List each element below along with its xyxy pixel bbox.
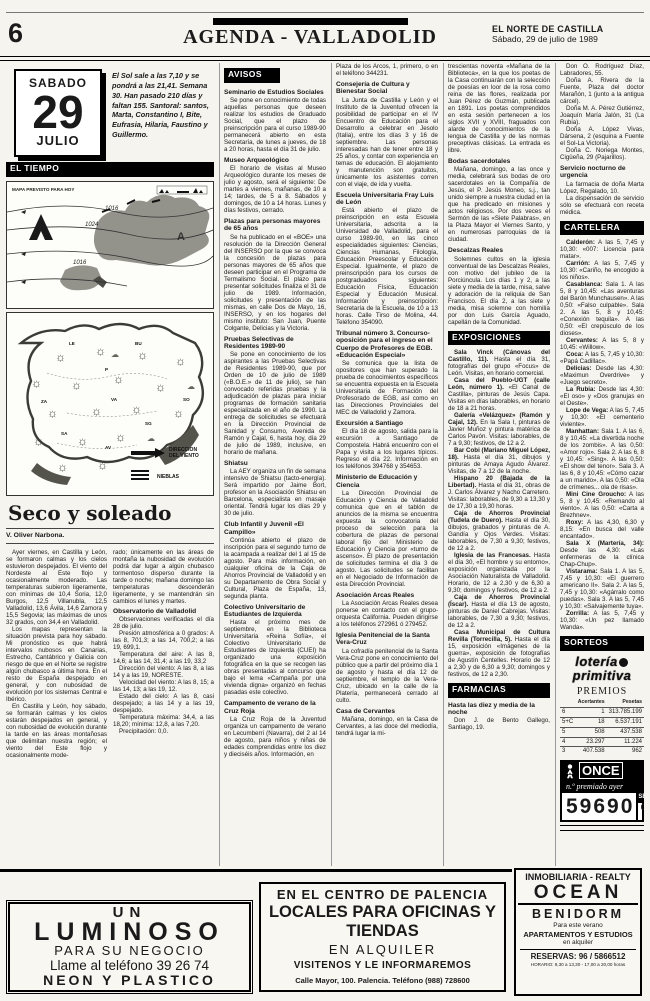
- night-service-heading: Servicio nocturno de urgencia: [560, 165, 644, 180]
- cinema-info: Desde las 4,30: «Las enfermeras de la cl…: [560, 547, 644, 568]
- aviso-body: La cofradía penitencial de la Santa Vera…: [336, 648, 438, 704]
- premios-amount: 962: [607, 747, 644, 756]
- santoral-text: El Sol sale a las 7,10 y se pondrá a las…: [112, 65, 214, 157]
- observatory-line: Estado del cielo: A las 8, casi despejad…: [113, 693, 214, 714]
- aviso-heading: Plazas para personas mayores de 65 años: [224, 218, 326, 233]
- article-body: Ayer viernes, en Castilla y León, se for…: [6, 549, 214, 759]
- svg-text:☼: ☼: [175, 354, 186, 368]
- farmacias-when: Hasta las diez y media de la noche: [448, 702, 550, 717]
- once-person-icon: [565, 764, 576, 779]
- ad-line: PARA SU NEGOCIO: [10, 944, 249, 958]
- aviso-continuation: Plaza de los Arcos, 1, primero, o en el …: [336, 63, 438, 77]
- aviso-heading: Ministerio de Educación y Ciencia: [336, 474, 438, 489]
- premios-amount: 11.224: [607, 737, 644, 747]
- observatory-line: Velocidad del viento: A las 8, 15; a las…: [113, 679, 214, 693]
- primitiva-logo-word2: primitiva: [573, 668, 632, 683]
- calendar-day-number: 29: [32, 90, 83, 134]
- column-avisos-2: Plaza de los Arcos, 1, primero, o en el …: [331, 63, 438, 866]
- aviso-heading: Escuela Universitaria Fray Luis de León: [336, 192, 438, 207]
- province-label-sg: SG: [145, 421, 152, 426]
- once-result-box: ONCE n.º premiado ayer 59690 SERIE 053: [560, 760, 644, 822]
- premios-amount: 313.785.199: [607, 708, 644, 718]
- premios-category: 4: [560, 737, 576, 747]
- cinema-name: Delicias:: [566, 365, 591, 372]
- premios-title: PREMIOS: [560, 686, 644, 697]
- aviso-heading: Pruebas Selectivas de Residentes 1989-90: [224, 336, 326, 351]
- aviso-body: Continúa abierto el plazo de inscripción…: [224, 537, 326, 600]
- premios-category: 6: [560, 708, 576, 718]
- cinema-entry: Roxy: A las 4,30, 6,30 y 8,15: «En busca…: [560, 519, 644, 540]
- cinema-entry: Manhattan: Sala 1. A las 6, 8 y 10,45: «…: [560, 428, 644, 491]
- article-paragraph: Los mapas representan la situación previ…: [6, 626, 107, 703]
- lottery-ball-icon: [619, 658, 628, 667]
- night-service-line: La dispensación de servicio sólo se efec…: [560, 195, 644, 216]
- svg-text:☼: ☼: [173, 406, 184, 420]
- aviso-body: Mañana, domingo, en la Casa de Cervantes…: [336, 716, 438, 737]
- ad-luminoso: UN LUMINOSO PARA SU NEGOCIO Llame al tel…: [8, 902, 251, 992]
- premios-category: 3: [560, 747, 576, 756]
- cinema-name: Mini Cine Groucho:: [566, 491, 626, 498]
- aviso-body: La Dirección Provincial de Educación y C…: [336, 490, 438, 588]
- svg-text:☼: ☼: [71, 378, 82, 392]
- once-serie-block: SERIE 053: [636, 793, 644, 820]
- svg-text:☼: ☼: [95, 344, 106, 358]
- ad-line: LOCALES PARA OFICINAS Y TIENDAS: [261, 903, 504, 941]
- svg-text:☁: ☁: [111, 350, 119, 359]
- aviso-continuation: trescientas noventa «Mañana de la Biblio…: [448, 63, 550, 154]
- cinema-entry: Coca: A las 5, 7,45 y 10,30: «Papá Cadil…: [560, 351, 644, 365]
- once-logo: ONCE: [562, 762, 642, 781]
- expo-info: Hasta el día 15, exposición «Imágenes de…: [448, 636, 550, 678]
- once-winning-number: 59690: [562, 793, 636, 820]
- svg-text:☼: ☼: [31, 376, 42, 390]
- cinema-entry: Calderón: A las 5, 7,45 y 10,30: «007: L…: [560, 239, 644, 260]
- double-rule: [560, 825, 644, 831]
- cinema-name: Casablanca:: [566, 281, 602, 288]
- cinema-entry: Carrión: A las 5, 7,45 y 10,30: «Cariño,…: [560, 260, 644, 281]
- aviso-heading: Museo Arqueológico: [224, 157, 326, 164]
- aviso-body: La AEY organiza un fin de semana intensi…: [224, 468, 326, 517]
- premios-category: 5: [560, 727, 576, 737]
- aviso-heading: Consejería de Cultura y Bienestar Social: [336, 81, 438, 96]
- cinema-entry: Casablanca: Sala 1. A las 5, 8 y 10,45: …: [560, 281, 644, 337]
- aviso-heading: Seminario de Estudios Sociales: [224, 89, 326, 96]
- cinema-name: Zorrilla:: [566, 610, 589, 617]
- aviso-body: Solemnes cultos en la iglesia conventual…: [448, 256, 550, 326]
- premios-col-acertantes: Acertantes: [576, 699, 607, 707]
- once-serie-number: 053: [638, 802, 644, 812]
- ad-address: Calle Mayor, 100. Palencia. Teléfono (98…: [261, 974, 504, 987]
- ad-line: EN ALQUILER: [261, 941, 504, 958]
- once-name: ONCE: [579, 762, 623, 779]
- cinema-name: Vistarama:: [566, 568, 598, 575]
- expo-entry: Sala Vinck (Cánovas del Castillo, 11). H…: [448, 349, 550, 377]
- column-cartelera: Don O. Rodríguez Díaz, Labradores, 55. D…: [555, 63, 644, 866]
- aviso-heading: Iglesia Penitencial de la Santa Vera-Cru…: [336, 632, 438, 647]
- article-column-b: rado; únicamente en las áreas de montaña…: [113, 549, 214, 759]
- premios-row: 3407.538962: [560, 747, 644, 756]
- premios-table: Acertantes Pesetas 61313.785.199 5+C186.…: [560, 699, 644, 756]
- main-columns: SABADO 29 JULIO El Sol sale a las 7,10 y…: [6, 63, 644, 866]
- ad-ocean-benidorm: INMOBILIARIA - REALTY OCEAN BENIDORM Par…: [514, 868, 642, 996]
- premios-row: 423.29711.224: [560, 737, 644, 747]
- premios-winners: 508: [576, 727, 607, 737]
- svg-text:☼: ☼: [77, 434, 88, 448]
- expo-info: Hasta el día 31, dibujos y pinturas de A…: [448, 454, 550, 475]
- cinema-name: Sala X (Martería, 34):: [566, 540, 644, 547]
- article-paragraph: Ayer viernes, en Castilla y León, se for…: [6, 549, 107, 626]
- farmacias-banner: FARMACIAS: [448, 683, 550, 698]
- cinema-name: Cervantes:: [566, 337, 598, 344]
- article-headline: Seco y soleado: [8, 502, 214, 525]
- cinema-entry: Cervantes: A las 5, 8 y 10,45: «Willow».: [560, 337, 644, 351]
- svg-text:☼: ☼: [131, 402, 142, 416]
- cinema-name: Manhattan:: [566, 428, 599, 435]
- svg-text:☼: ☼: [115, 430, 126, 444]
- calendar-box: SABADO 29 JULIO: [14, 69, 102, 157]
- primitiva-logo-word1: lotería: [575, 654, 618, 669]
- aviso-heading: Tribunal número 3. Concurso-oposición pa…: [336, 330, 438, 359]
- premios-amount: 437.538: [607, 727, 644, 737]
- premios-category: 5+C: [560, 718, 576, 728]
- region-forecast-map: ☼☼☼☼ ☼☼☼☼ ☼☼☼☼ ☼☼☼ ☼☼ ☁☁☁ LE BU P SO: [6, 312, 214, 496]
- cinema-entry: Vistarama: Sala 1. A las 5, 7,45 y 10,30…: [560, 568, 644, 610]
- title-bar: [213, 18, 408, 25]
- ad-locales-palencia: EN EL CENTRO DE PALENCIA LOCALES PARA OF…: [259, 882, 506, 992]
- svg-text:☼: ☼: [47, 406, 58, 420]
- ad-line: NEON Y PLASTICO: [10, 973, 249, 988]
- svg-text:☼: ☼: [97, 458, 108, 472]
- header-rule: [0, 56, 650, 61]
- cinema-name: Coca:: [566, 351, 583, 358]
- pharmacy-entry: Don O. Rodríguez Díaz, Labradores, 55.: [560, 63, 644, 77]
- svg-text:☼: ☼: [113, 372, 124, 386]
- province-label-av: AV: [105, 445, 112, 450]
- pharmacy-entry: Doña C. Noriega Montes, Cigüeña, 29 (Paj…: [560, 147, 644, 161]
- svg-text:☁: ☁: [187, 382, 195, 391]
- ad-line: APARTAMENTOS Y ESTUDIOS: [516, 930, 640, 939]
- observatory-line: Temperatura del aire: A las 8, 14,6; a l…: [113, 651, 214, 665]
- svg-text:☼: ☼: [55, 350, 66, 364]
- premios-col-pesetas: Pesetas: [607, 699, 644, 707]
- aviso-body: Se ha publicado en el «BOE» una resoluci…: [224, 234, 326, 332]
- pressure-map-title: MAPA PREVISTO PARA HOY: [12, 187, 74, 192]
- article-column-a: Ayer viernes, en Castilla y León, se for…: [6, 549, 107, 759]
- isobar-label-3: 1016: [73, 260, 87, 266]
- ad-line: en alquiler: [520, 939, 636, 950]
- premios-winners: 18: [576, 718, 607, 728]
- aviso-body: La Asociación Arcas Reales desea ponerse…: [336, 600, 438, 628]
- cinema-name: Roxy:: [566, 519, 583, 526]
- article-paragraph: En Castilla y León, hoy sábado, se forma…: [6, 703, 107, 759]
- fog-legend: NIEBLAS: [131, 471, 180, 480]
- newspaper-page: 6 AGENDA - VALLADOLID EL NORTE DE CASTIL…: [0, 0, 650, 1001]
- ad-phone: Llame al teléfono 39 26 74: [10, 958, 249, 973]
- ad-phone: RESERVAS: 96 / 5866512: [516, 952, 640, 962]
- loteria-primitiva-logo: loteríaprimitiva: [560, 655, 644, 684]
- aviso-heading: Excursión a Santiago: [336, 420, 438, 427]
- aviso-body: Hasta el próximo mes de septiembre, en l…: [224, 619, 326, 696]
- once-wordmark: ONCE: [579, 764, 624, 779]
- cinema-entry: Delicias: Desde las 4,30: «Maximun Overd…: [560, 365, 644, 386]
- aviso-heading: Shiatsu: [224, 460, 326, 467]
- cinema-info: Sala 1. A las 5, 7,45 y 10,30: «El guerr…: [560, 568, 644, 610]
- cartelera-banner: CARTELERA: [560, 221, 644, 236]
- expo-entry: Casa del Pueblo-UGT (calle León, número …: [448, 377, 550, 412]
- calendar-month: JULIO: [36, 134, 79, 149]
- expo-entry: Casa Municipal de Cultura Revilla (Torre…: [448, 629, 550, 678]
- expo-info: Hasta el día 30, «El hombre y su entorno…: [448, 552, 550, 594]
- expo-venue: Iglesia de las Francesas.: [454, 552, 531, 559]
- isobar-label-2: 1024: [85, 222, 99, 228]
- svg-text:☼: ☼: [33, 434, 44, 448]
- avisos-banner: AVISOS: [224, 68, 280, 83]
- exposiciones-banner: EXPOSICIONES: [448, 331, 550, 346]
- svg-text:☁: ☁: [147, 434, 155, 443]
- fog-label: NIEBLAS: [157, 474, 180, 480]
- premios-header-row: Acertantes Pesetas: [560, 699, 644, 707]
- cinema-entry: Mini Cine Groucho: A las 5, 8 y 10,45: «…: [560, 491, 644, 519]
- aviso-body: El día 18 de agosto, salida para la excu…: [336, 428, 438, 470]
- svg-text:☼: ☼: [91, 404, 102, 418]
- aviso-body: Está abierto el plazo de preinscripción …: [336, 207, 438, 326]
- wind-label-line2: DEL VIENTO: [169, 453, 199, 459]
- cinema-entry: La Rubia: Desde las 4,30: «El oso» y «Do…: [560, 386, 644, 407]
- ads-row: UN LUMINOSO PARA SU NEGOCIO Llame al tel…: [8, 866, 642, 996]
- column-expos: trescientas noventa «Mañana de la Biblio…: [443, 63, 550, 866]
- column-avisos: AVISOS Seminario de Estudios Sociales Se…: [219, 63, 326, 866]
- issue-date: Sábado, 29 de julio de 1989: [492, 34, 642, 44]
- aviso-heading: Descalzas Reales: [448, 247, 550, 254]
- svg-text:☼: ☼: [137, 348, 148, 362]
- expo-entry: Galería «Velázquez» (Ramón y Cajal, 12).…: [448, 412, 550, 447]
- svg-text:☼: ☼: [155, 380, 166, 394]
- province-label-bu: BU: [135, 341, 142, 346]
- premios-winners: 1: [576, 708, 607, 718]
- ad-line: LUMINOSO: [10, 920, 249, 944]
- ad-line: EN EL CENTRO DE PALENCIA: [261, 887, 504, 903]
- observatory-heading: Observatorio de Valladolid: [113, 608, 214, 615]
- iberia-landmass: [60, 265, 102, 290]
- masthead: EL NORTE DE CASTILLA: [492, 24, 642, 34]
- premios-amount: 6.537.191: [607, 718, 644, 728]
- section-title: AGENDA - VALLADOLID: [128, 26, 492, 49]
- pressure-map-graphic: MAPA PREVISTO PARA HOY 1016 1024 1016 A: [7, 182, 213, 308]
- observatory-line: Presión atmosférica a 0 grados: A las 8,…: [113, 630, 214, 651]
- ad-brand: OCEAN: [518, 883, 638, 905]
- observatory-line: Dirección del viento: A las 8, a las 14 …: [113, 665, 214, 679]
- aviso-body: Se pone en conocimiento de los aspirante…: [224, 351, 326, 456]
- cinema-entry: Zorrilla: A las 5, 7,45 y 10,30: «Un pez…: [560, 610, 644, 631]
- pharmacy-entry: Doña A. López Vivas, Dársena, 2 (esquina…: [560, 126, 644, 147]
- once-serie-label: SERIE: [638, 793, 644, 802]
- cinema-name: Lope de Vega:: [566, 407, 608, 414]
- expo-entry: Iglesia de las Francesas. Hasta el día 3…: [448, 552, 550, 594]
- aviso-heading: Asociación Arcas Reales: [336, 592, 438, 599]
- section-title-block: AGENDA - VALLADOLID: [128, 18, 492, 49]
- pharmacy-entry: Don J. de Bento Gallego, Santiago, 19.: [448, 717, 550, 731]
- aviso-heading: Casa de Cervantes: [336, 708, 438, 715]
- ad-line: BENIDORM: [516, 907, 640, 922]
- el-tiempo-banner: EL TIEMPO: [6, 162, 214, 177]
- aviso-heading: Campamento de verano de la Cruz Roja: [224, 700, 326, 715]
- expo-entry: Bar Cobi (Mariano Miguel López, 18). Has…: [448, 447, 550, 475]
- region-outline: [21, 324, 203, 462]
- cinema-entry: Sala X (Martería, 34): Desde las 4,30: «…: [560, 540, 644, 568]
- premios-row: 5508437.538: [560, 727, 644, 737]
- observatory-line: Temperatura máxima: 34,4, a las 18,20; m…: [113, 714, 214, 728]
- article-paragraph: rado; únicamente en las áreas de montaña…: [113, 549, 214, 605]
- cinema-name: Calderón:: [566, 239, 595, 246]
- aviso-body: La Junta de Castilla y León y el Institu…: [336, 97, 438, 188]
- column-weather: SABADO 29 JULIO El Sol sale a las 7,10 y…: [6, 63, 214, 866]
- high-pressure-letter: A: [177, 231, 185, 243]
- province-label-le: LE: [69, 341, 75, 346]
- ad-line: Para este verano: [516, 922, 640, 930]
- aviso-body: Se comunica que la lista de opositores q…: [336, 360, 438, 416]
- aviso-heading: Club Infantil y Juvenil «El Campillo»: [224, 521, 326, 536]
- expo-entry: Hispano 20 (Bajada de la Libertad). Hast…: [448, 475, 550, 510]
- ad-hours: HORARIO: 9,30 a 13,30 - 17,00 a 20,00 ho…: [516, 962, 640, 968]
- pharmacy-entry: Doña A. Rivera de la Fuente, Plaza del d…: [560, 77, 644, 105]
- ad-line: VISITENOS Y LE INFORMAREMOS: [261, 958, 504, 974]
- province-label-za: ZA: [41, 399, 48, 404]
- cinema-name: Carrión:: [566, 260, 590, 267]
- once-number-row: 59690 SERIE 053: [562, 793, 642, 820]
- aviso-body: Se pone en conocimiento de todas aquella…: [224, 97, 326, 153]
- article-byline: V. Oliver Narbona.: [6, 528, 214, 544]
- aviso-body: Mañana, domingo, a las once y media, cel…: [448, 166, 550, 243]
- province-label-sa: SA: [61, 431, 68, 436]
- pharmacy-entry: Doña M. A. Pérez Gutiérrez, Joaquín Marí…: [560, 105, 644, 126]
- premios-winners: 407.538: [576, 747, 607, 756]
- pressure-map: MAPA PREVISTO PARA HOY 1016 1024 1016 A: [6, 181, 214, 309]
- observatory-line: Precipitación: 0,0.: [113, 728, 214, 735]
- page-number: 6: [8, 18, 128, 48]
- top-rule: [6, 12, 644, 13]
- night-service-line: La farmacia de doña Marta López, Regalad…: [560, 181, 644, 195]
- cinema-info: Sala 1. A las 5, 8 y 10,45: «Las aventur…: [560, 281, 644, 337]
- expo-entry: Caja de Ahorros Provincial (Tudela de Du…: [448, 510, 550, 552]
- region-map-graphic: ☼☼☼☼ ☼☼☼☼ ☼☼☼☼ ☼☼☼ ☼☼ ☁☁☁ LE BU P SO: [7, 313, 213, 495]
- cinema-entry: Lope de Vega: A las 5, 7,45 y 10,30: «El…: [560, 407, 644, 428]
- aviso-heading: Bodas sacerdotales: [448, 158, 550, 165]
- observatory-line: Observaciones verificadas el día 28 de j…: [113, 616, 214, 630]
- masthead-block: EL NORTE DE CASTILLA Sábado, 29 de julio…: [492, 18, 642, 44]
- premios-winners: 23.297: [576, 737, 607, 747]
- cinema-name: La Rubia:: [566, 386, 595, 393]
- aviso-heading: Colectivo Universitario de Estudiantes d…: [224, 604, 326, 619]
- svg-text:☼: ☼: [57, 460, 68, 474]
- once-tagline: n.º premiado ayer: [562, 781, 642, 793]
- province-label-p: P: [105, 367, 108, 372]
- province-label-so: SO: [183, 397, 190, 402]
- expo-entry: Caja de Ahorros Provincial (Íscar). Hast…: [448, 594, 550, 629]
- cinema-info: Sala 1. A las 6, 8 y 10,45: «La divertid…: [560, 428, 644, 491]
- province-label-va: VA: [111, 397, 118, 402]
- calendar-row: SABADO 29 JULIO El Sol sale a las 7,10 y…: [6, 65, 214, 157]
- aviso-body: La Cruz Roja de la Juventud organiza un …: [224, 716, 326, 758]
- page-header: 6 AGENDA - VALLADOLID EL NORTE DE CASTIL…: [8, 18, 642, 54]
- premios-row: 61313.785.199: [560, 708, 644, 718]
- sorteos-banner: SORTEOS: [560, 636, 644, 651]
- aviso-body: El horario de visitas al Museo Arqueológ…: [224, 165, 326, 214]
- premios-row: 5+C186.537.191: [560, 718, 644, 728]
